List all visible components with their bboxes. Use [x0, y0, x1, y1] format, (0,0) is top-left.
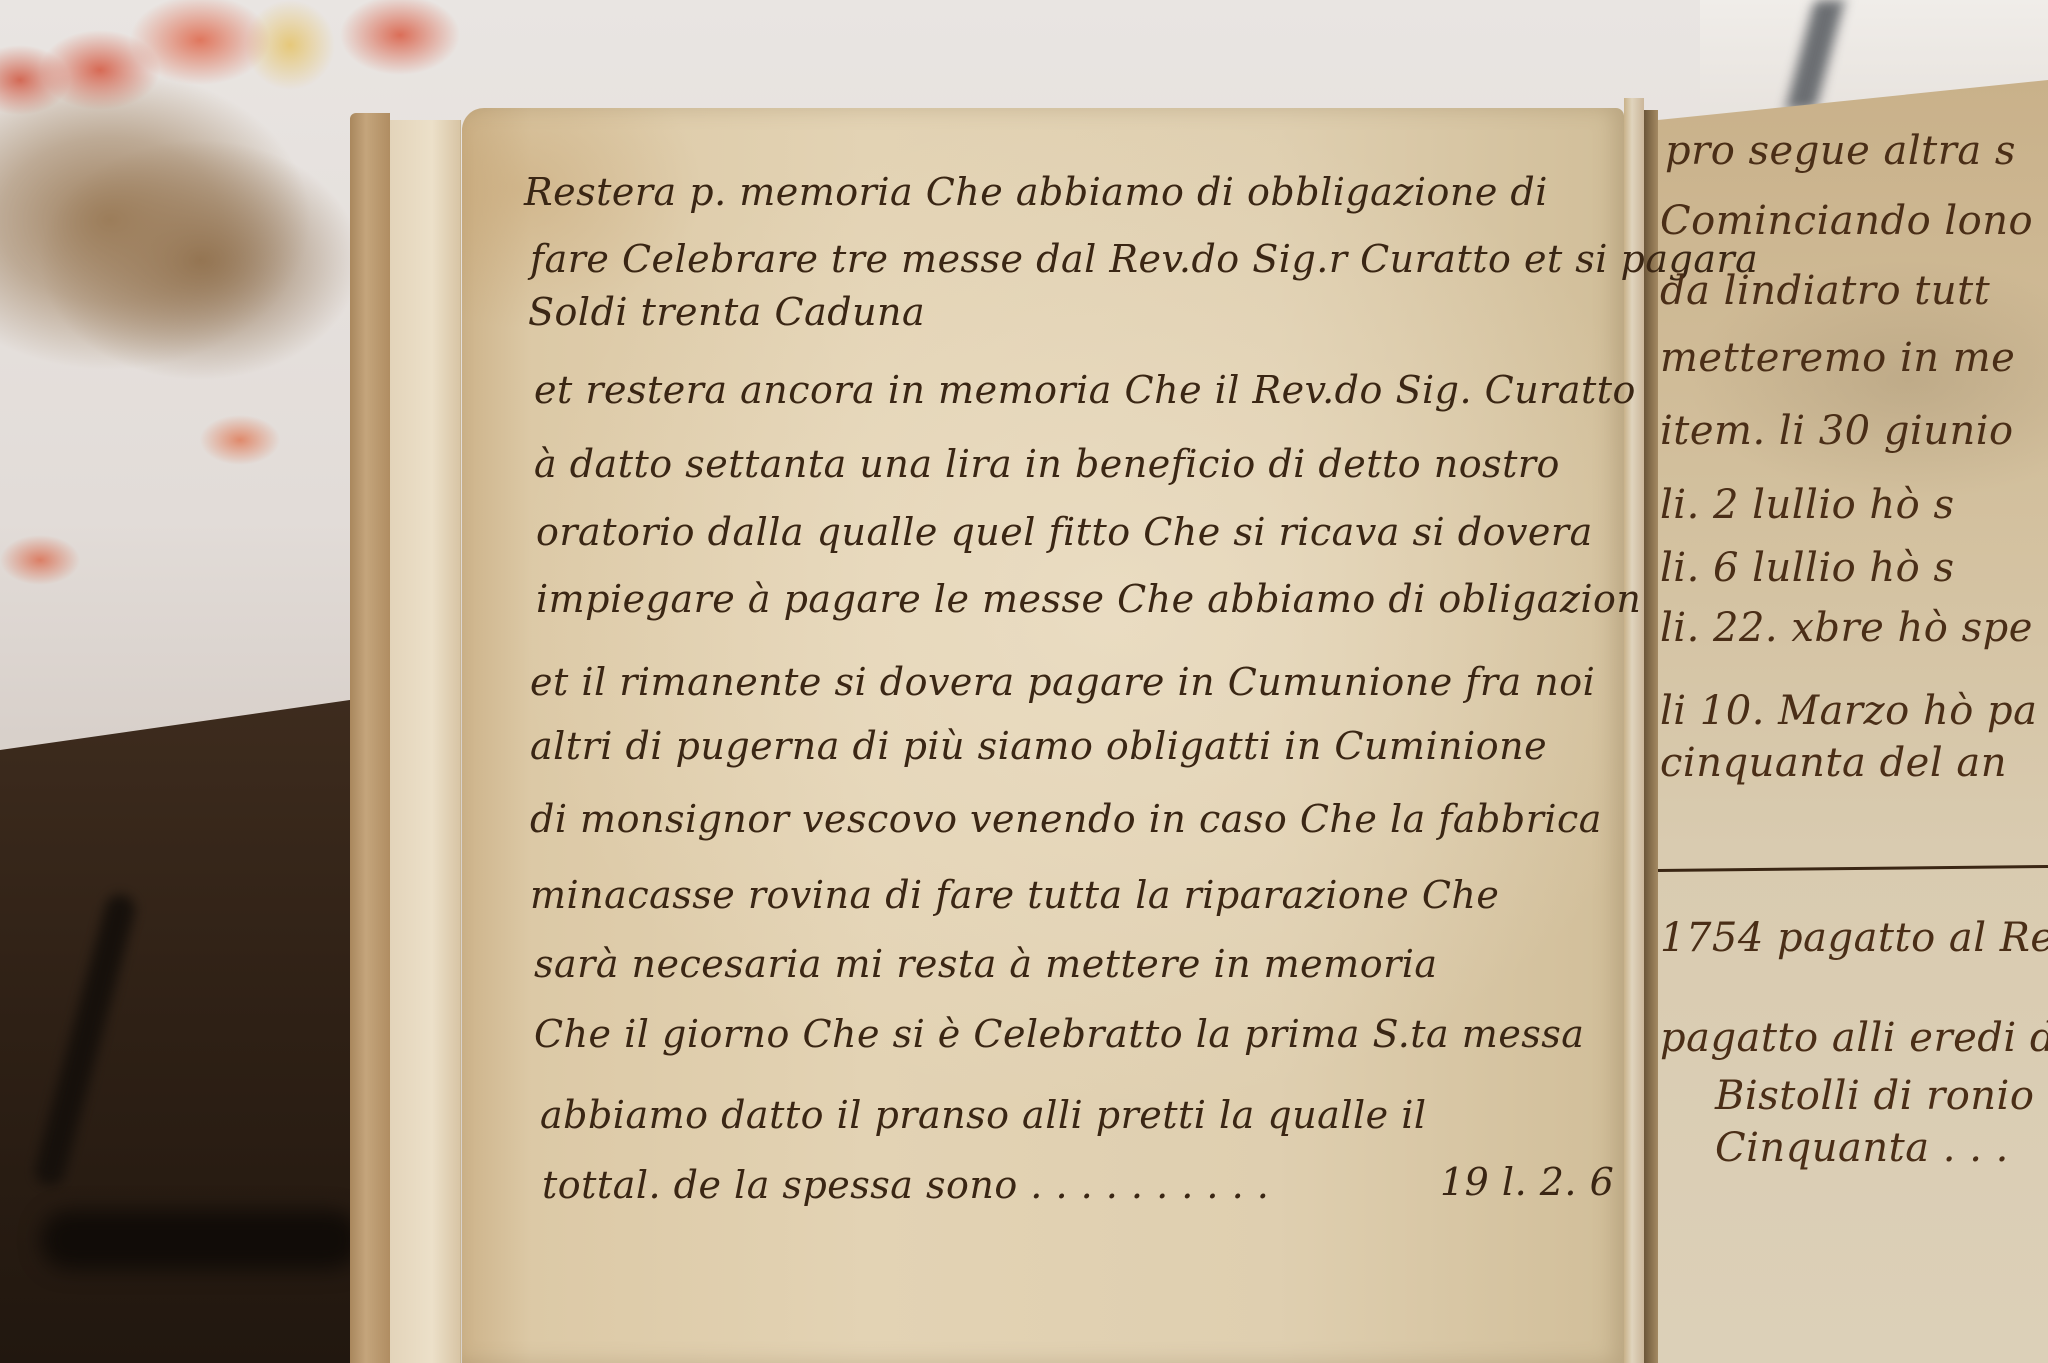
- manuscript-line: impiegare à pagare le messe Che abbiamo …: [536, 577, 1641, 621]
- ledger-line: Cominciando lono: [1660, 198, 2033, 244]
- ledger-line: li. 6 lullio hò s: [1660, 545, 1955, 591]
- window-frame: [1785, 0, 1844, 110]
- book-flyleaf: [390, 120, 461, 1363]
- ledger-line: metteremo in me: [1660, 335, 2015, 381]
- ledger-line: li. 2 lullio hò s: [1660, 482, 1955, 528]
- book-gutter: [1644, 110, 1658, 1363]
- manuscript-line: fare Celebrare tre messe dal Rev.do Sig.…: [530, 237, 1758, 281]
- manuscript-line: à datto settanta una lira in beneficio d…: [534, 442, 1560, 486]
- manuscript-line: tottal. de la spessa sono . . . . . . . …: [542, 1163, 1269, 1207]
- ledger-line: pro segue altra s: [1665, 128, 2016, 174]
- manuscript-line: di monsignor vescovo venendo in caso Che…: [530, 797, 1602, 841]
- ledger-line: li 10. Marzo hò pa: [1660, 688, 2037, 734]
- manuscript-line: minacasse rovina di fare tutta la ripara…: [530, 873, 1499, 917]
- manuscript-line: Che il giorno Che si è Celebratto la pri…: [534, 1012, 1584, 1056]
- manuscript-line: et restera ancora in memoria Che il Rev.…: [534, 368, 1636, 412]
- manuscript-line: abbiamo datto il pranso alli pretti la q…: [540, 1093, 1427, 1137]
- ledger-line: item. li 30 giunio: [1660, 408, 2014, 454]
- manuscript-line: altri di pugerna di più siamo obligatti …: [530, 724, 1547, 768]
- manuscript-line: sarà necesaria mi resta à mettere in mem…: [534, 942, 1438, 986]
- book-cover-edge: [350, 113, 390, 1363]
- manuscript-line: et il rimanente si dovera pagare in Cumu…: [530, 660, 1595, 704]
- ledger-line: Bistolli di ronio q: [1715, 1073, 2048, 1119]
- ledger-line: Cinquanta . . .: [1715, 1125, 2009, 1171]
- manuscript-total-amount: 19 l. 2. 6: [1440, 1160, 1614, 1204]
- ledger-line: pagatto alli eredi d: [1660, 1015, 2048, 1061]
- blurred-eyeglasses: [32, 891, 139, 1189]
- ledger-line: 1754 pagatto al Re: [1660, 915, 2048, 961]
- blurred-eyeglasses-lens: [40, 1210, 360, 1270]
- page-stack-edge: [1624, 98, 1644, 1363]
- manuscript-line: Soldi trenta Caduna: [528, 290, 925, 334]
- ledger-line: da lindiatro tutt: [1660, 268, 1990, 314]
- manuscript-line: oratorio dalla qualle quel fitto Che si …: [536, 510, 1593, 554]
- ledger-line: cinquanta del an: [1660, 740, 2007, 786]
- ledger-line: li. 22. xbre hò spe: [1660, 605, 2033, 651]
- manuscript-line: Restera p. memoria Che abbiamo di obblig…: [524, 170, 1548, 214]
